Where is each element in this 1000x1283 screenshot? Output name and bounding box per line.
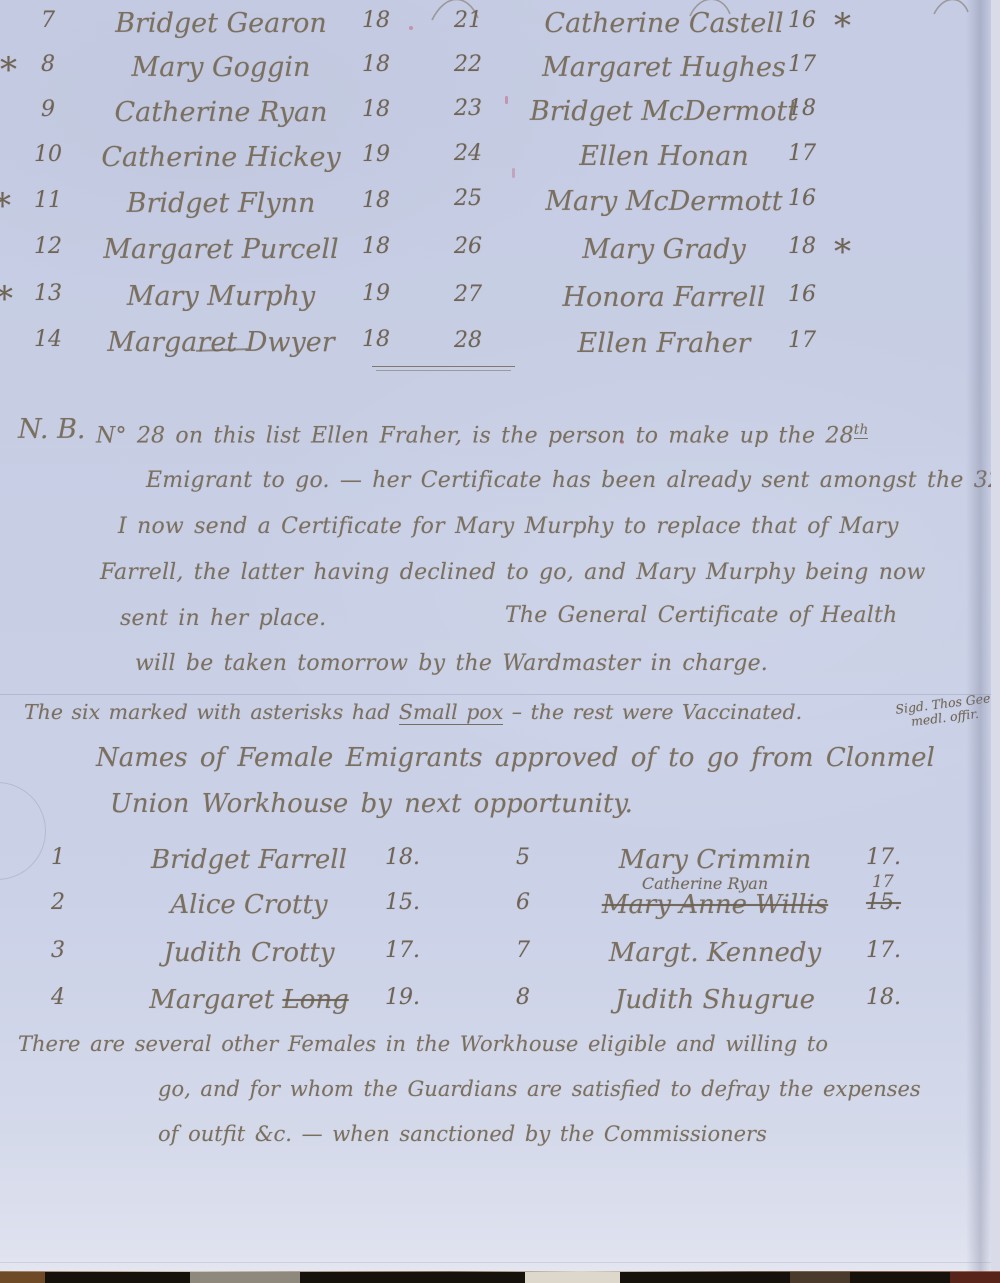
scan-band-patch [525,1272,620,1283]
entry-number: 22 [446,52,490,77]
entry-name: Margt. Kennedy [575,938,855,968]
entry-age-struck: 15. [866,890,901,915]
list-item: 7 Margt. Kennedy 17. [0,938,1000,980]
entry-name: Honora Farrell [514,282,814,313]
list-item: 23 Bridget McDermott 18 [0,96,1000,138]
list-item: 8 Judith Shugrue 18. [0,985,1000,1027]
scan-band-patch [190,1272,300,1283]
entry-name: Judith Shugrue [575,985,855,1015]
entry-number: 26 [446,234,490,259]
list-item: 25 Mary McDermott 16 [0,186,1000,228]
smallpox-asterisk: * [834,16,851,36]
list-closing-rule [372,366,515,367]
entry-number: 24 [446,141,490,166]
entry-age: 16 [788,282,816,307]
list-item: 26 Mary Grady 18 * [0,234,1000,276]
entry-name: Ellen Honan [514,141,814,172]
entry-age: 17 [788,141,816,166]
entry-age: 17 [788,328,816,353]
entry-name-struck: Mary Anne Willis [575,890,855,920]
entry-age: 17. [866,845,901,870]
nb-line: The General Certificate of Health [505,603,897,628]
entry-age: 18 [788,234,816,259]
list-item: 24 Ellen Honan 17 [0,141,1000,183]
entry-number: 6 [505,890,541,915]
list-item: 5 Mary Crimmin 17. [0,845,1000,887]
entry-number: 8 [505,985,541,1010]
entry-number: 5 [505,845,541,870]
nb-line: will be taken tomorrow by the Wardmaster… [135,651,768,676]
entry-name: Mary McDermott [514,186,814,217]
section-heading: Union Workhouse by next opportunity. [110,789,633,819]
entry-number: 28 [446,328,490,353]
nb-line: sent in her place. [120,606,326,631]
smallpox-underlined: Small pox [399,700,503,725]
nb-label: N. B. [18,414,86,445]
entry-age: 16 [788,186,816,211]
entry-age: 18 [788,96,816,121]
closing-line: of outfit &c. — when sanctioned by the C… [158,1122,767,1146]
page-edge-shadow [966,0,992,1283]
entry-number: 21 [446,8,490,33]
ink-speck [620,440,624,444]
vaccination-note-text: The six marked with asterisks had [24,700,399,724]
paper-crease [0,694,1000,695]
vaccination-note: The six marked with asterisks had Small … [24,700,802,724]
vaccination-note-text: – the rest were Vaccinated. [503,700,802,724]
entry-name: Mary Grady [514,234,814,265]
entry-age: 18. [866,985,901,1010]
list-item: 21 Catherine Castell 16 * [0,8,1000,50]
page-edge [991,0,1000,1283]
closing-line: go, and for whom the Guardians are satis… [158,1077,921,1101]
entry-number: 23 [446,96,490,121]
entry-age: 16 [788,8,816,33]
entry-number: 25 [446,186,490,211]
section-heading: Names of Female Emigrants approved of to… [96,743,935,773]
list-item: 28 Ellen Fraher 17 [0,328,1000,370]
ink-speck [409,26,413,30]
nb-line: N° 28 on this list Ellen Fraher, is the … [96,422,868,448]
entry-name: Mary Crimmin [575,845,855,875]
nb-line: Emigrant to go. — her Certificate has be… [146,468,1000,493]
nb-line-text: N° 28 on this list Ellen Fraher, is the … [96,423,854,448]
closing-line: There are several other Females in the W… [18,1032,828,1056]
entry-age: 17. [866,938,901,963]
ink-speck [505,96,508,104]
nb-line: Farrell, the latter having declined to g… [100,560,926,585]
nb-line: I now send a Certificate for Mary Murphy… [118,514,899,539]
entry-age: 17 [788,52,816,77]
list-item: 27 Honora Farrell 16 [0,282,1000,324]
scan-band-patch [950,1272,1000,1283]
ordinal-suffix: th [854,422,869,439]
scan-band-patch [0,1272,45,1283]
manuscript-page: 7 Bridget Gearon 18 * 8 Mary Goggin 18 9… [0,0,1000,1283]
entry-name: Catherine Castell [514,8,814,39]
entry-name: Ellen Fraher [514,328,814,359]
scan-band-patch [790,1272,850,1283]
list-closing-rule [376,370,511,371]
entry-number: 7 [505,938,541,963]
paper-crease [0,1262,1000,1263]
corrected-age: 17 [872,872,894,892]
list-item: 6 Catherine Ryan Mary Anne Willis 15. 17 [0,890,1000,932]
list-item: 22 Margaret Hughes 17 [0,52,1000,94]
smallpox-asterisk: * [834,242,851,262]
ink-speck [600,712,603,715]
entry-name: Margaret Hughes [514,52,814,83]
ink-speck [512,168,515,178]
entry-name: Bridget McDermott [514,96,814,127]
scan-background-band [0,1272,1000,1283]
entry-number: 27 [446,282,490,307]
